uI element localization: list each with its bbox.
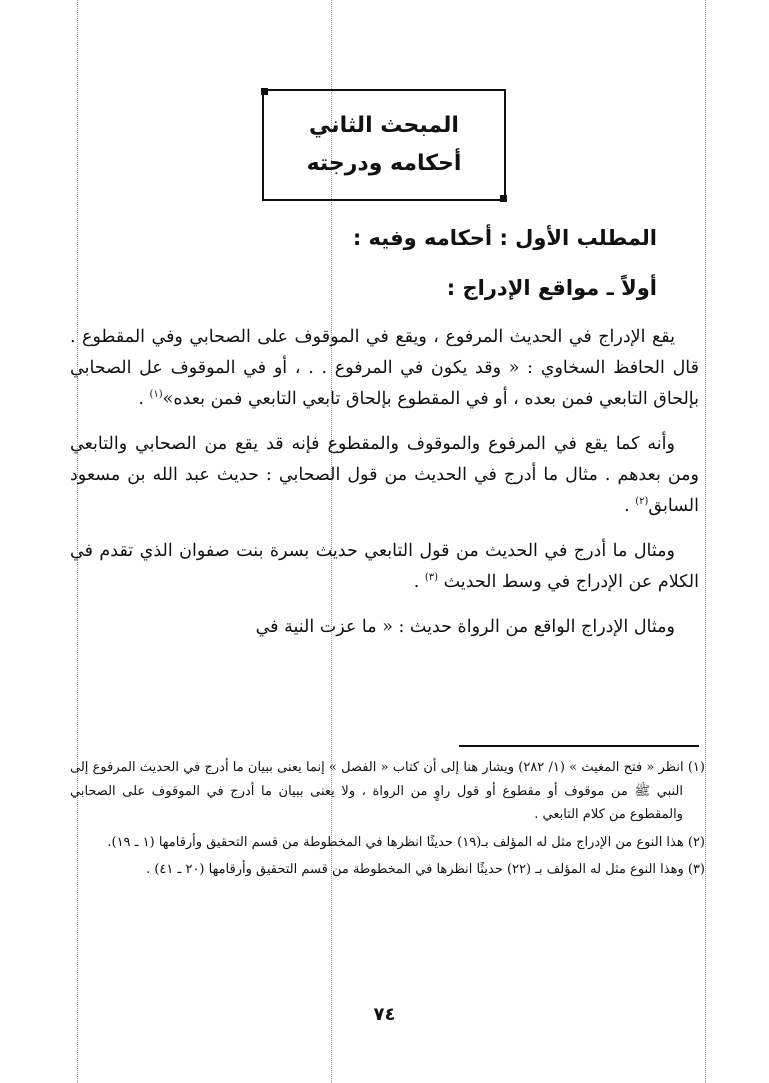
paragraph-text: ومثال الإدراج الواقع من الرواة حديث : « … [256, 617, 675, 637]
paragraph-end: . [624, 496, 635, 516]
footnotes: (١) انظر « فتح المغيث » (١/ ٢٨٢) ويشار ه… [70, 756, 705, 886]
footnote-1: (١) انظر « فتح المغيث » (١/ ٢٨٢) ويشار ه… [70, 756, 705, 827]
paragraph-text: يقع الإدراج في الحديث المرفوع ، ويقع في … [70, 327, 699, 409]
chapter-title-box: المبحث الثاني أحكامه ودرجته [262, 89, 506, 201]
footnote-ref[interactable]: (٣) [425, 572, 438, 583]
chapter-subtitle: أحكامه ودرجته [307, 152, 462, 176]
chapter-title: المبحث الثاني [309, 114, 459, 138]
paragraph: يقع الإدراج في الحديث المرفوع ، ويقع في … [70, 322, 699, 415]
section-heading: المطلب الأول : أحكامه وفيه : [353, 226, 657, 250]
footnote-ref[interactable]: (٢) [635, 496, 648, 507]
footnote-3: (٣) وهذا النوع مثل له المؤلف بـ (٢٢) حدي… [70, 858, 705, 882]
footnote-ref[interactable]: (١) [149, 389, 162, 400]
paragraph: وأنه كما يقع في المرفوع والموقوف والمقطو… [70, 429, 699, 522]
page-number: ٧٤ [0, 1004, 769, 1025]
paragraph-end: . [414, 572, 425, 592]
paragraph: ومثال الإدراج الواقع من الرواة حديث : « … [70, 612, 699, 643]
paragraph-end: . [138, 389, 149, 409]
paragraph-text: وأنه كما يقع في المرفوع والموقوف والمقطو… [70, 434, 699, 516]
footnote-divider [459, 745, 699, 747]
paragraph-text: ومثال ما أدرج في الحديث من قول التابعي ح… [70, 541, 699, 592]
body-text: يقع الإدراج في الحديث المرفوع ، ويقع في … [70, 322, 699, 657]
footnote-2: (٢) هذا النوع من الإدراج مثل له المؤلف ب… [70, 831, 705, 855]
paragraph: ومثال ما أدرج في الحديث من قول التابعي ح… [70, 536, 699, 598]
subsection-heading: أولاً ـ مواقع الإدراج : [447, 276, 657, 300]
book-page: المبحث الثاني أحكامه ودرجته المطلب الأول… [0, 0, 769, 1083]
